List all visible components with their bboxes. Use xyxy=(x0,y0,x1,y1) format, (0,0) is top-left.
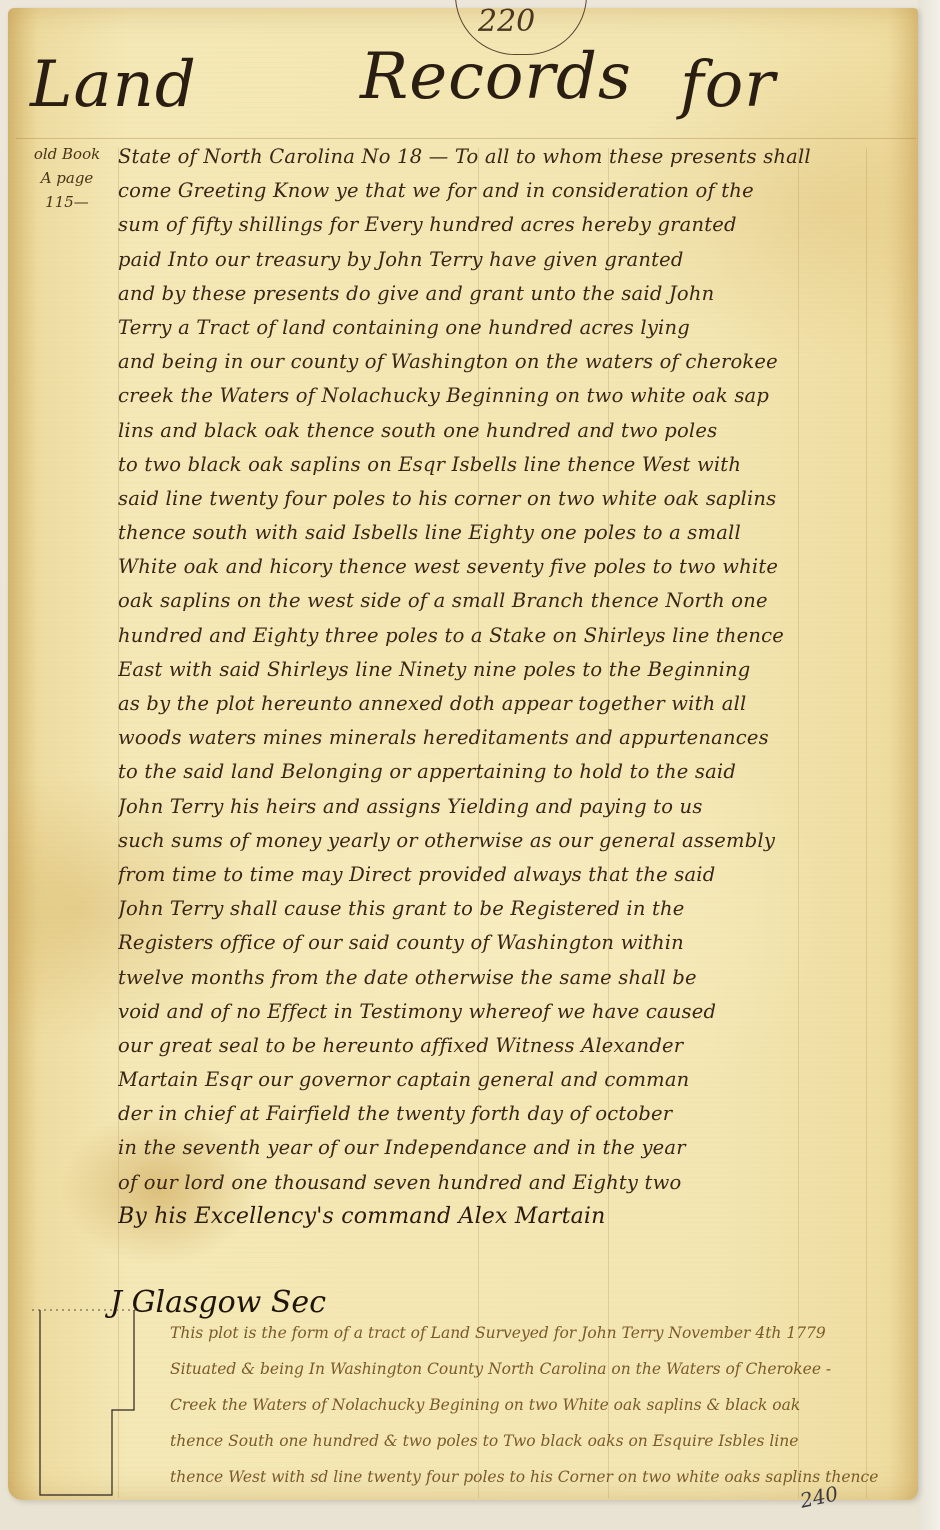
grant-body-text: State of North Carolina No 18 — To all t… xyxy=(118,140,918,1234)
text-line: from time to time may Direct provided al… xyxy=(118,858,918,892)
text-line: to the said land Belonging or appertaini… xyxy=(118,755,918,789)
governor-signature-line: By his Excellency's command Alex Martain xyxy=(118,1200,918,1234)
survey-line: Creek the Waters of Nolachucky Begining … xyxy=(170,1387,930,1423)
page-edge xyxy=(918,0,940,1530)
margin-note-line: A page xyxy=(22,166,112,190)
text-line: oak saplins on the west side of a small … xyxy=(118,584,918,618)
text-line: and by these presents do give and grant … xyxy=(118,277,918,311)
survey-line: Situated & being In Washington County No… xyxy=(170,1351,930,1387)
text-line: as by the plot hereunto annexed doth app… xyxy=(118,687,918,721)
text-line: Martain Esqr our governor captain genera… xyxy=(118,1063,918,1097)
text-line: paid Into our treasury by John Terry hav… xyxy=(118,243,918,277)
text-line: White oak and hicory thence west seventy… xyxy=(118,550,918,584)
text-line: Terry a Tract of land containing one hun… xyxy=(118,311,918,345)
text-line: lins and black oak thence south one hund… xyxy=(118,414,918,448)
margin-note-line: 115— xyxy=(22,190,112,214)
header-rule xyxy=(16,138,916,139)
text-line: twelve months from the date otherwise th… xyxy=(118,961,918,995)
text-line: of our lord one thousand seven hundred a… xyxy=(118,1166,918,1200)
survey-line: This plot is the form of a tract of Land… xyxy=(170,1315,930,1351)
text-line: come Greeting Know ye that we for and in… xyxy=(118,174,918,208)
text-line: der in chief at Fairfield the twenty for… xyxy=(118,1097,918,1131)
margin-note: old Book A page 115— xyxy=(22,142,112,214)
margin-note-line: old Book xyxy=(22,142,112,166)
text-line: our great seal to be hereunto affixed Wi… xyxy=(118,1029,918,1063)
text-line: to two black oak saplins on Esqr Isbells… xyxy=(118,448,918,482)
text-line: said line twenty four poles to his corne… xyxy=(118,482,918,516)
title-word-records: Records xyxy=(360,40,632,114)
survey-description: This plot is the form of a tract of Land… xyxy=(170,1315,930,1495)
text-line: and being in our county of Washington on… xyxy=(118,345,918,379)
text-line: hundred and Eighty three poles to a Stak… xyxy=(118,619,918,653)
text-line: woods waters mines minerals hereditament… xyxy=(118,721,918,755)
text-line: Registers office of our said county of W… xyxy=(118,926,918,960)
title-word-for: for xyxy=(680,48,776,122)
title-word-land: Land xyxy=(30,48,197,122)
text-line: John Terry his heirs and assigns Yieldin… xyxy=(118,790,918,824)
text-line: thence south with said Isbells line Eigh… xyxy=(118,516,918,550)
text-line: in the seventh year of our Independance … xyxy=(118,1131,918,1165)
text-line: void and of no Effect in Testimony where… xyxy=(118,995,918,1029)
text-line: creek the Waters of Nolachucky Beginning… xyxy=(118,379,918,413)
text-line: such sums of money yearly or otherwise a… xyxy=(118,824,918,858)
text-line: East with said Shirleys line Ninety nine… xyxy=(118,653,918,687)
page-number: 220 xyxy=(478,4,535,39)
survey-plat-diagram xyxy=(22,1305,137,1500)
survey-line: thence South one hundred & two poles to … xyxy=(170,1423,930,1459)
text-line: John Terry shall cause this grant to be … xyxy=(118,892,918,926)
text-line: State of North Carolina No 18 — To all t… xyxy=(118,140,918,174)
text-line: sum of fifty shillings for Every hundred… xyxy=(118,208,918,242)
